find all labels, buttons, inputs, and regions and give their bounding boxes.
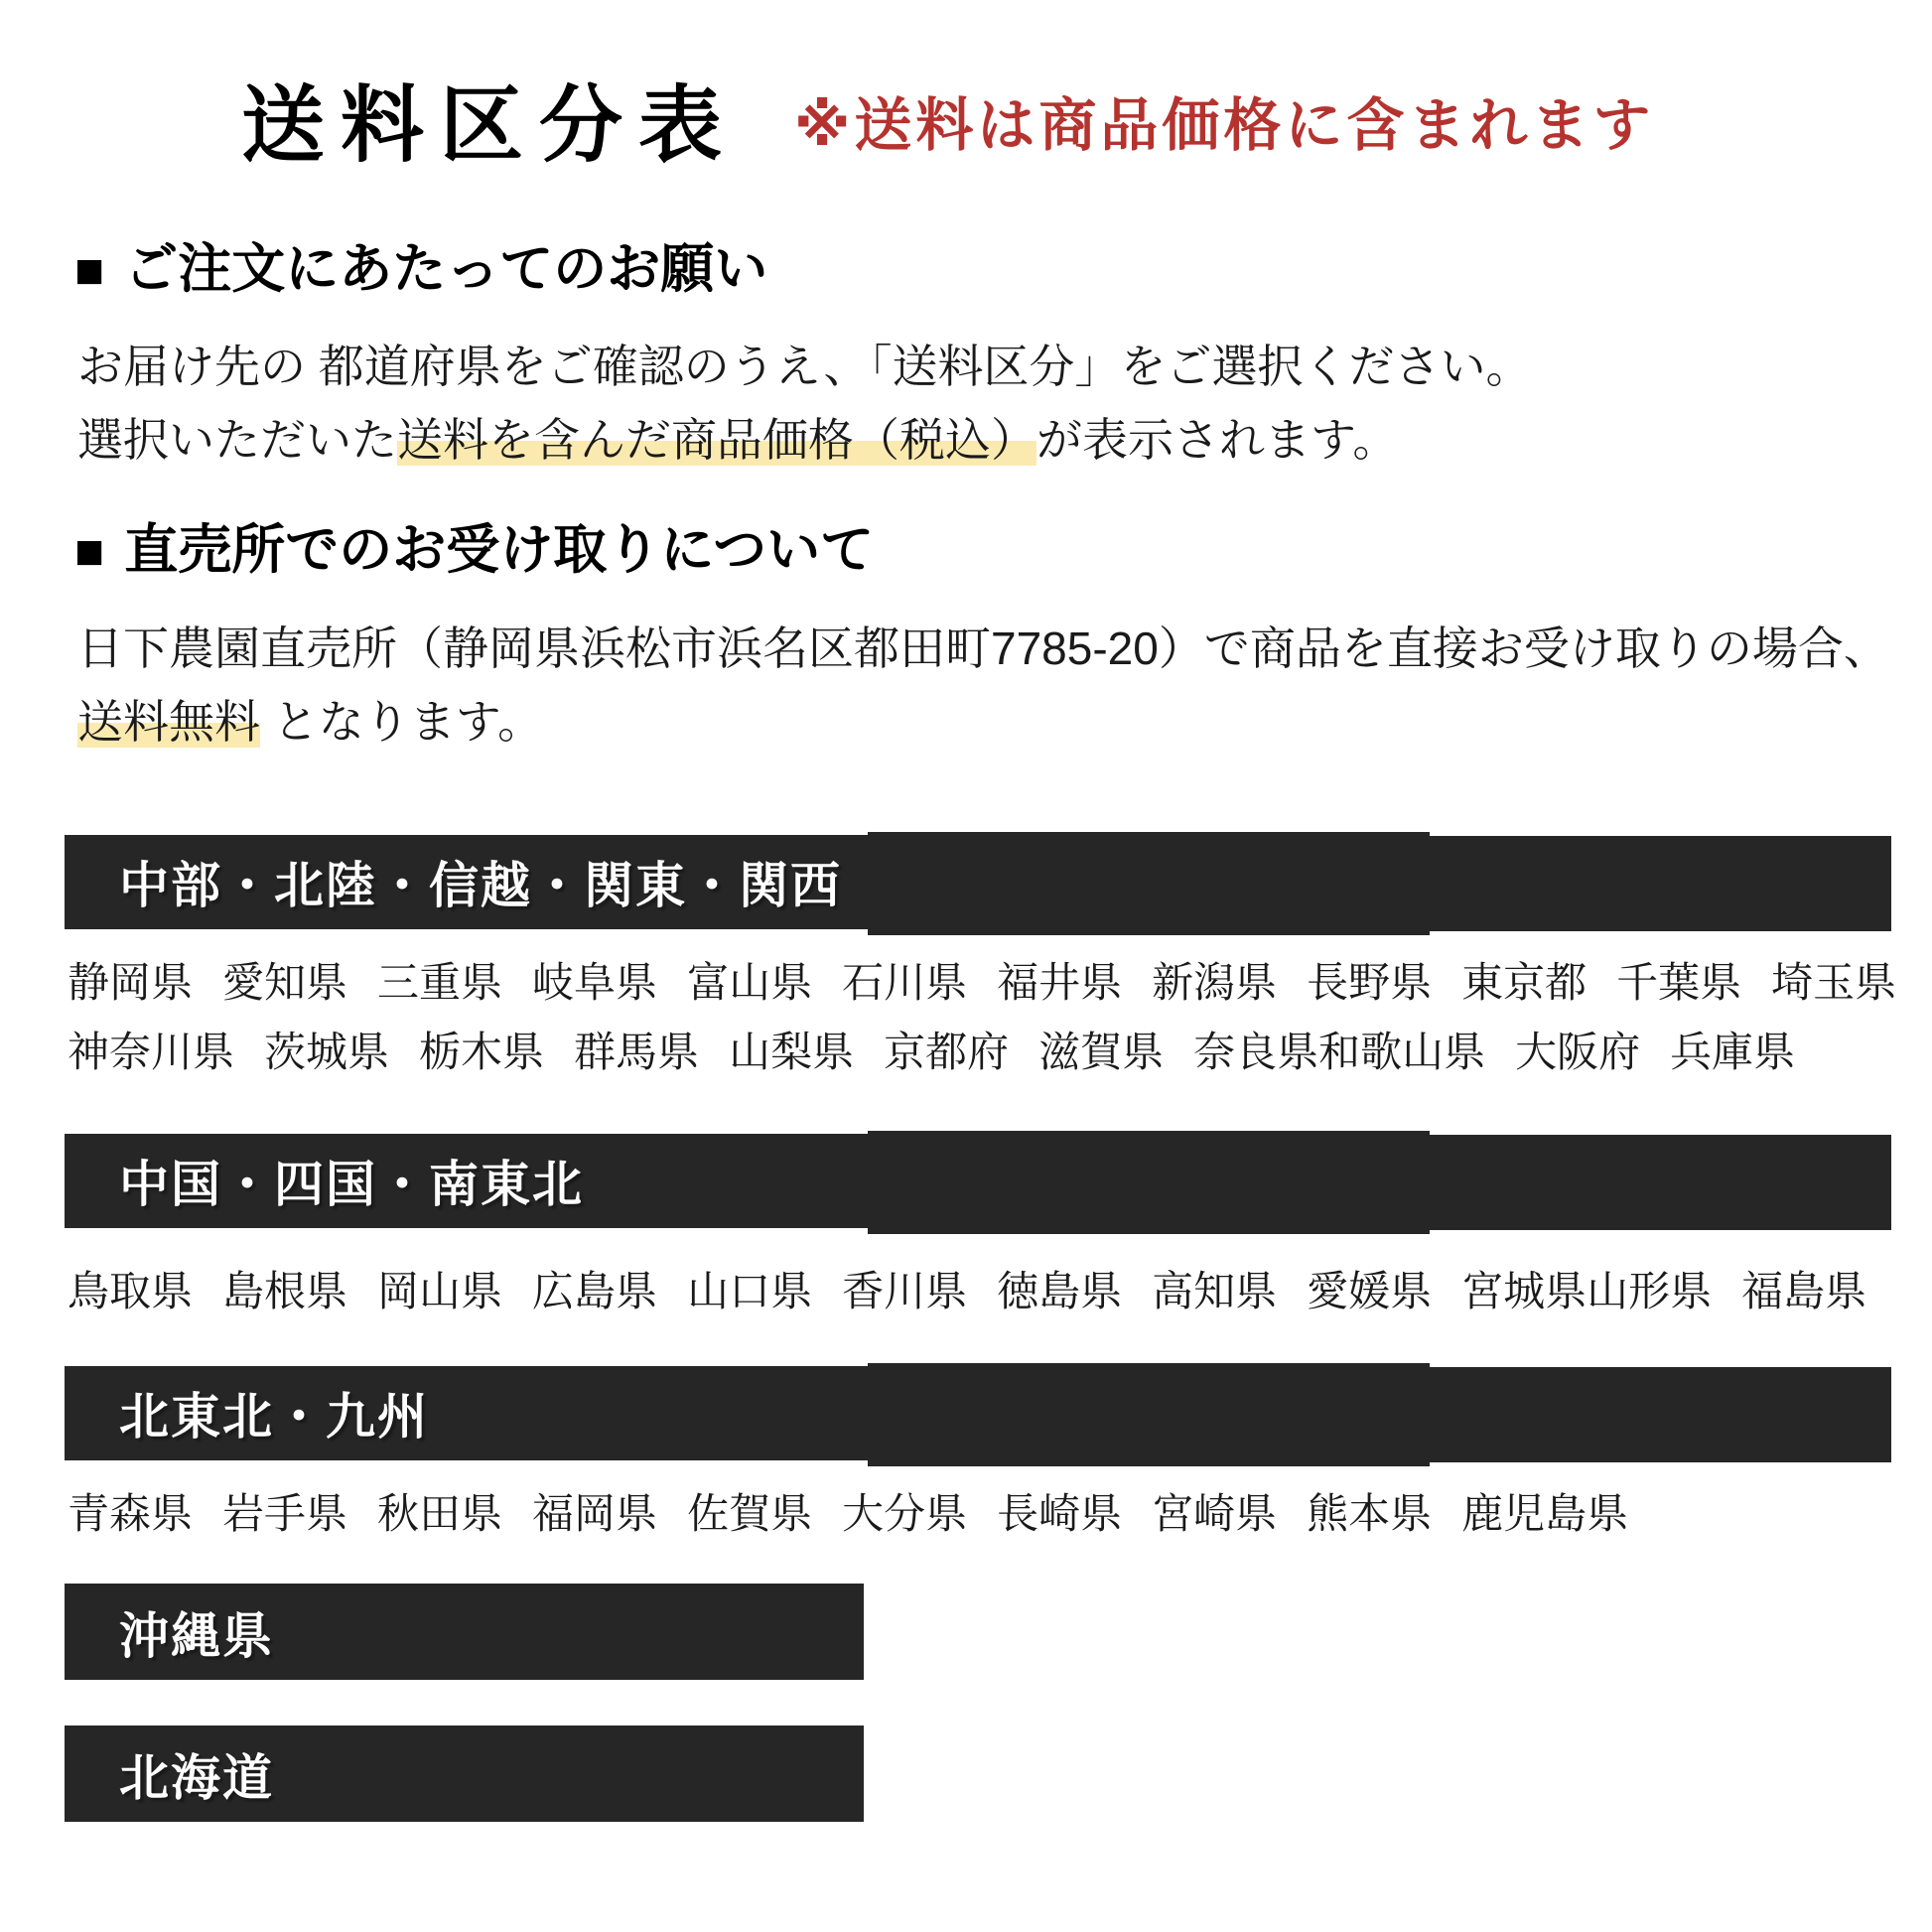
text-segment: 選択いただいた: [77, 414, 397, 466]
text-line: 送料無料 となります。: [77, 685, 1889, 759]
prefecture-item: 島根県: [222, 1259, 347, 1318]
prefecture-item: 長野県: [1307, 950, 1432, 1010]
prefecture-item: 滋賀県: [1038, 1020, 1164, 1079]
prefecture-item: 青森県: [68, 1481, 193, 1541]
prefecture-item: 茨城県: [264, 1020, 389, 1079]
region-label: 北東北・九州: [119, 1363, 429, 1462]
prefecture-item: 宮崎県: [1152, 1481, 1277, 1541]
prefecture-item: 京都府: [884, 1020, 1009, 1079]
prefecture-item: 岡山県: [377, 1259, 502, 1318]
prefecture-item: 香川県: [842, 1259, 967, 1318]
region-bar-hokkaido: 北海道: [65, 1725, 864, 1822]
prefecture-item: 秋田県: [377, 1481, 502, 1541]
region-bar-chubu-hokuriku-shinetsu-kanto-kansai: 中部・北陸・信越・関東・関西: [65, 832, 1891, 935]
prefecture-item: 兵庫県: [1670, 1020, 1795, 1079]
prefecture-item: 静岡県: [68, 950, 193, 1010]
text-line: 日下農園直売所（静岡県浜松市浜名区都田町7785-20）で商品を直接お受け取りの…: [77, 612, 1889, 685]
prefecture-item: 岩手県: [222, 1481, 347, 1541]
prefecture-item: 高知県: [1152, 1259, 1277, 1318]
prefecture-row: 鳥取県島根県岡山県広島県山口県香川県徳島県高知県愛媛県宮城県山形県福島県: [68, 1254, 1866, 1323]
prefecture-item: 山梨県: [729, 1020, 854, 1079]
text-segment: お届け先の 都道府県をご確認のうえ、「送料区分」をご選択ください。: [77, 341, 1532, 392]
text-line: 選択いただいた送料を含んだ商品価格（税込）が表示されます。: [77, 403, 1532, 477]
shipping-included-note: ※送料は商品価格に含まれます: [794, 97, 1654, 155]
prefecture-list-chubu: 静岡県愛知県三重県岐阜県富山県石川県福井県新潟県長野県東京都千葉県埼玉県 神奈川…: [68, 945, 1896, 1084]
bar-segment: [1430, 1367, 1891, 1462]
region-label: 北海道: [119, 1725, 274, 1822]
square-bullet-icon: ■: [74, 245, 104, 295]
prefecture-item: 愛知県: [222, 950, 347, 1010]
prefecture-item: 愛媛県: [1307, 1259, 1432, 1318]
pickup-info-text: 日下農園直売所（静岡県浜松市浜名区都田町7785-20）で商品を直接お受け取りの…: [77, 612, 1889, 759]
prefecture-item: 富山県: [687, 950, 812, 1010]
bar-segment: [1430, 1135, 1891, 1230]
bar-segment: [868, 1363, 1430, 1466]
highlighted-text: 送料を含んだ商品価格（税込）: [397, 414, 1036, 466]
prefecture-item: 奈良県和歌山県: [1193, 1020, 1485, 1079]
prefecture-item: 岐阜県: [532, 950, 657, 1010]
prefecture-row: 神奈川県茨城県栃木県群馬県山梨県京都府滋賀県奈良県和歌山県大阪府兵庫県: [68, 1015, 1896, 1084]
text-segment: が表示されます。: [1036, 414, 1398, 466]
shipping-fee-info-page: 送料区分表 ※送料は商品価格に含まれます ■ ご注文にあたってのお願い お届け先…: [0, 0, 1932, 1932]
bar-segment: [868, 832, 1430, 935]
prefecture-list-chugoku: 鳥取県島根県岡山県広島県山口県香川県徳島県高知県愛媛県宮城県山形県福島県: [68, 1254, 1866, 1323]
prefecture-item: 鹿児島県: [1461, 1481, 1628, 1541]
prefecture-item: 新潟県: [1152, 950, 1277, 1010]
prefecture-item: 石川県: [842, 950, 967, 1010]
prefecture-item: 佐賀県: [687, 1481, 812, 1541]
text-line: お届け先の 都道府県をご確認のうえ、「送料区分」をご選択ください。: [77, 330, 1532, 403]
prefecture-item: 徳島県: [997, 1259, 1122, 1318]
region-label: 沖縄県: [119, 1584, 274, 1680]
page-title: 送料区分表: [241, 83, 738, 167]
prefecture-item: 鳥取県: [68, 1259, 193, 1318]
square-bullet-icon: ■: [74, 526, 104, 576]
prefecture-row: 静岡県愛知県三重県岐阜県富山県石川県福井県新潟県長野県東京都千葉県埼玉県: [68, 945, 1896, 1015]
prefecture-item: 大阪府: [1515, 1020, 1640, 1079]
prefecture-item: 山口県: [687, 1259, 812, 1318]
order-request-text: お届け先の 都道府県をご確認のうえ、「送料区分」をご選択ください。 選択いただい…: [77, 330, 1532, 477]
prefecture-item: 福島県: [1741, 1259, 1866, 1318]
prefecture-item: 三重県: [377, 950, 502, 1010]
order-request-heading-text: ご注文にあたってのお願い: [124, 240, 767, 299]
prefecture-row: 青森県岩手県秋田県福岡県佐賀県大分県長崎県宮崎県熊本県鹿児島県: [68, 1476, 1628, 1546]
prefecture-item: 千葉県: [1616, 950, 1741, 1010]
prefecture-item: 広島県: [532, 1259, 657, 1318]
prefecture-item: 栃木県: [419, 1020, 544, 1079]
region-bar-chugoku-shikoku-minamitouhoku: 中国・四国・南東北: [65, 1131, 1891, 1234]
region-bar-kitatouhoku-kyushu: 北東北・九州: [65, 1363, 1891, 1466]
bar-segment: [1430, 836, 1891, 931]
pickup-info-heading-text: 直売所でのお受け取りについて: [124, 521, 874, 580]
prefecture-item: 宮城県山形県: [1461, 1259, 1712, 1318]
bar-segment: [868, 1131, 1430, 1234]
region-label: 中部・北陸・信越・関東・関西: [119, 832, 842, 931]
region-label: 中国・四国・南東北: [119, 1131, 584, 1230]
order-request-heading: ■ ご注文にあたってのお願い: [74, 240, 767, 299]
text-segment: 日下農園直売所（静岡県浜松市浜名区都田町7785-20）で商品を直接お受け取りの…: [77, 622, 1889, 674]
highlighted-text: 送料無料: [77, 696, 260, 748]
prefecture-item: 長崎県: [997, 1481, 1122, 1541]
prefecture-item: 東京都: [1461, 950, 1587, 1010]
prefecture-item: 群馬県: [574, 1020, 699, 1079]
prefecture-item: 大分県: [842, 1481, 967, 1541]
prefecture-list-kitatouhoku: 青森県岩手県秋田県福岡県佐賀県大分県長崎県宮崎県熊本県鹿児島県: [68, 1476, 1628, 1546]
prefecture-item: 熊本県: [1307, 1481, 1432, 1541]
prefecture-item: 福井県: [997, 950, 1122, 1010]
pickup-info-heading: ■ 直売所でのお受け取りについて: [74, 521, 874, 580]
text-segment: となります。: [260, 696, 543, 748]
prefecture-item: 埼玉県: [1771, 950, 1896, 1010]
region-bar-okinawa: 沖縄県: [65, 1584, 864, 1680]
prefecture-item: 福岡県: [532, 1481, 657, 1541]
prefecture-item: 神奈川県: [68, 1020, 234, 1079]
